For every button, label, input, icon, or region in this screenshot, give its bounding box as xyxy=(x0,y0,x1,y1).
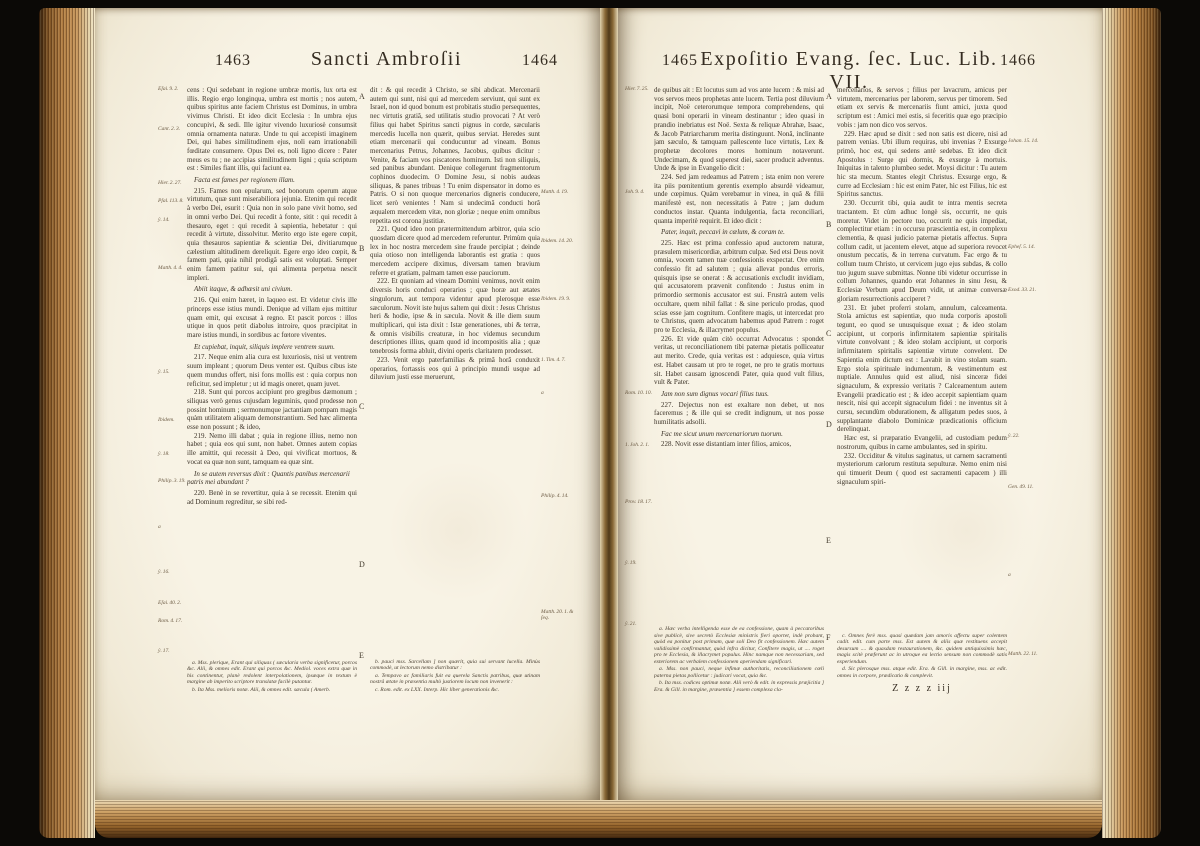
paragraph: 226. Et vide quàm citò occurrat Advocatu… xyxy=(654,335,824,387)
bottom-page-edges xyxy=(95,800,1102,838)
margin-reference: Ibidem. 14. 20. xyxy=(541,238,577,244)
scripture-lemma: Jam non sum dignus vocari filius tuus. xyxy=(654,390,824,399)
column-letter: C xyxy=(826,329,831,338)
left-page-inner-margin-notes: Matth. 4. 19.Ibidem. 14. 20.Ibidem. 19. … xyxy=(540,86,578,694)
paragraph: 218. Sunt qui porcos accipiunt pro gregi… xyxy=(187,388,357,432)
open-book: 1463 Sancti Ambroſii 1464 Eſai. 9. 2.Can… xyxy=(39,8,1161,838)
margin-reference: 1. Tim. 4. 7. xyxy=(541,357,577,363)
margin-reference: Eſai. 40. 2. xyxy=(158,600,186,606)
page-number-1465: 1465 xyxy=(662,52,698,70)
page-number-1466: 1466 xyxy=(1000,52,1036,70)
column-letter: C xyxy=(359,402,364,411)
left-page-column-1: cens : Qui sedebant in regione umbræ mor… xyxy=(187,86,357,694)
footnotes-block: c. Omnes ferè mss. quasi quædam jam amor… xyxy=(837,627,1007,680)
column-text: cens : Qui sedebant in regione umbræ mor… xyxy=(187,86,357,506)
scripture-lemma: Et cupiebat, inquit, siliquis implere ve… xyxy=(187,343,357,352)
margin-reference: Ibidem. 19. 9. xyxy=(541,296,577,302)
margin-reference: Matth. 22. 11. xyxy=(1008,651,1044,657)
left-page-edges xyxy=(39,8,95,838)
column-text: de quibus ait : Et locutus sum ad vos an… xyxy=(654,86,824,449)
paragraph: 221. Quod ideo non prætermittendum arbit… xyxy=(370,225,540,277)
paragraph: 216. Qui enim hæret, in laqueo est. Et v… xyxy=(187,296,357,340)
left-page-gutter-letters: ABCDE xyxy=(357,86,370,694)
margin-reference: Eſai. 9. 2. xyxy=(158,86,186,92)
margin-reference: ŷ. 22. xyxy=(1008,433,1044,439)
margin-reference: ŷ. 18. xyxy=(158,451,186,457)
paragraph: de quibus ait : Et locutus sum ad vos an… xyxy=(654,86,824,173)
margin-reference: ŷ. 14. xyxy=(158,217,186,223)
left-page-outer-margin-notes: Eſai. 9. 2.Cant. 2. 3.Hier. 2. 27.Pſal. … xyxy=(157,86,187,694)
footnotes-block: a. Hæc verba intelligenda esse de ea con… xyxy=(654,620,824,694)
running-head-left: 1463 Sancti Ambroſii 1464 xyxy=(95,48,600,78)
right-page-outer-margin-notes: Johan. 15. 14.Epheſ. 5. 14.Exod. 33. 21.… xyxy=(1007,86,1045,694)
footnotes-block: a. Mss. plerique, Erant qui siliquas ( s… xyxy=(187,654,357,694)
right-page-column-1: de quibus ait : Et locutus sum ad vos an… xyxy=(654,86,824,694)
margin-reference: Philip. 4. 14. xyxy=(541,493,577,499)
margin-reference: Rom. 10. 10. xyxy=(625,390,653,396)
paragraph: 232. Occiditur & vitulus saginatus, ut c… xyxy=(837,452,1007,487)
paragraph: 220. Benè in se revertitur, quia à se re… xyxy=(187,489,357,506)
column-text: dit : & qui recedit à Christo, se sibi a… xyxy=(370,86,540,382)
gathering-signature: Z z z z iij xyxy=(837,683,1007,694)
paragraph: dit : & qui recedit à Christo, se sibi a… xyxy=(370,86,540,225)
right-page-column-2: mercenarios, & servos ; filius per lavac… xyxy=(837,86,1007,694)
margin-reference: ŷ. 16. xyxy=(158,569,186,575)
margin-reference: Hier. 2. 27. xyxy=(158,180,186,186)
footnote: a. Mss. non pauci, neque infimæ authorit… xyxy=(654,666,824,679)
column-letter: E xyxy=(826,536,831,545)
margin-reference: a xyxy=(1008,572,1044,578)
margin-reference: Epheſ. 5. 14. xyxy=(1008,244,1044,250)
paragraph: 219. Nemo illi dabat ; quia in regione i… xyxy=(187,432,357,467)
margin-reference: Johan. 15. 14. xyxy=(1008,138,1044,144)
margin-reference: a xyxy=(158,524,186,530)
margin-reference: a xyxy=(541,390,577,396)
paragraph: 222. Et quoniam ad vineam Domini venimus… xyxy=(370,277,540,355)
footnote: b. pauci mss. Sarcellam ] non quærit, qu… xyxy=(370,659,540,672)
paragraph: 231. Et jubet proferri stolam, annulum, … xyxy=(837,304,1007,435)
margin-reference: Exod. 33. 21. xyxy=(1008,287,1044,293)
footnotes-block: b. pauci mss. Sarcellam ] non quærit, qu… xyxy=(370,653,540,694)
column-text: mercenarios, & servos ; filius per lavac… xyxy=(837,86,1007,486)
paragraph: 217. Neque enim alia cura est luxuriosis… xyxy=(187,353,357,388)
margin-reference: Ibidem. xyxy=(158,417,186,423)
margin-reference: ŷ. 19. xyxy=(625,560,653,566)
right-page-inner-margin-notes: Hier. 7. 25.Joh. 9. 4.Rom. 10. 10.1. Joh… xyxy=(624,86,654,694)
margin-reference: Pſal. 113. 8. xyxy=(158,198,186,204)
column-letter: A xyxy=(359,92,365,101)
left-page: 1463 Sancti Ambroſii 1464 Eſai. 9. 2.Can… xyxy=(95,8,600,800)
running-title-left: Sancti Ambroſii xyxy=(251,48,522,71)
scripture-lemma: In se autem reversus dixit : Quantis pan… xyxy=(187,470,357,487)
margin-reference: Hier. 7. 25. xyxy=(625,86,653,92)
paragraph: 229. Hæc apud se dixit : sed non satis e… xyxy=(837,130,1007,200)
left-page-column-2: dit : & qui recedit à Christo, se sibi a… xyxy=(370,86,540,694)
book-gutter xyxy=(600,8,618,800)
running-head-right: 1465 Expoſitio Evang. ſec. Luc. Lib. VII… xyxy=(618,48,1102,78)
left-page-text-area: Eſai. 9. 2.Cant. 2. 3.Hier. 2. 27.Pſal. … xyxy=(95,86,600,694)
footnote: a. Hæc verba intelligenda esse de ea con… xyxy=(654,626,824,665)
margin-reference: Matth. 4. 19. xyxy=(541,189,577,195)
footnote: b. Ita mss. codices optimæ notæ. Alii ve… xyxy=(654,680,824,693)
margin-reference: Cant. 2. 3. xyxy=(158,126,186,132)
paragraph: 224. Sed jam redeamus ad Patrem ; ista e… xyxy=(654,173,824,225)
column-letter: D xyxy=(826,420,832,429)
column-letter: E xyxy=(359,651,364,660)
margin-reference: Rom. 4. 17. xyxy=(158,618,186,624)
right-page-gutter-letters: ABCDEF xyxy=(824,86,837,694)
paragraph: mercenarios, & servos ; filius per lavac… xyxy=(837,86,1007,130)
margin-reference: ŷ. 17. xyxy=(158,648,186,654)
margin-reference: Matth. 4. 4. xyxy=(158,265,186,271)
margin-reference: Gen. 49. 11. xyxy=(1008,484,1044,490)
paragraph: 215. Fames non epularum, sed bonorum ope… xyxy=(187,187,357,283)
footnote: d. Sic plerosque mss. atque edit. Era. &… xyxy=(837,666,1007,679)
column-letter: D xyxy=(359,560,365,569)
right-page-text-area: Hier. 7. 25.Joh. 9. 4.Rom. 10. 10.1. Joh… xyxy=(618,86,1102,694)
margin-reference: Philip. 3. 19. xyxy=(158,478,186,484)
footnote: c. Rom. edit. ex LXX. Interp. Hic liber … xyxy=(370,687,540,693)
right-page-edges xyxy=(1102,8,1161,838)
paragraph: 230. Occurrit tibi, quia audit te intra … xyxy=(837,199,1007,303)
margin-reference: 1. Joh. 2. 1. xyxy=(625,442,653,448)
paragraph: 227. Dejectus non est exaltare non debet… xyxy=(654,401,824,427)
paragraph: 228. Novit esse distantiam inter filios,… xyxy=(654,440,824,449)
page-number-1464: 1464 xyxy=(522,52,558,70)
column-letter: B xyxy=(359,244,364,253)
column-letter: B xyxy=(826,220,831,229)
paragraph: Hæc est, si præparatio Evangelii, ad cus… xyxy=(837,434,1007,451)
margin-reference: Joh. 9. 4. xyxy=(625,189,653,195)
paragraph: 223. Venit ergo paterfamilias & primâ ho… xyxy=(370,356,540,382)
right-page: 1465 Expoſitio Evang. ſec. Luc. Lib. VII… xyxy=(618,8,1102,800)
scripture-lemma: Pater, inquit, peccavi in cælum, & coram… xyxy=(654,228,824,237)
scripture-lemma: Facta est fames per regionem illam. xyxy=(187,176,357,185)
margin-reference: Prov. 18. 17. xyxy=(625,499,653,505)
margin-reference: ŷ. 21. xyxy=(625,621,653,627)
footnote: a. Tempavo ac familiaris fuit ea querela… xyxy=(370,673,540,686)
footnote: b. Ita Mss. melioris notæ. Alii, & omnes… xyxy=(187,687,357,693)
footnote: a. Mss. plerique, Erant qui siliquas ( s… xyxy=(187,660,357,686)
paragraph: 225. Hæc est prima confessio apud auctor… xyxy=(654,239,824,335)
scripture-lemma: Abiit itaque, & adhæsit uni civium. xyxy=(187,285,357,294)
margin-reference: ŷ. 15. xyxy=(158,369,186,375)
margin-reference: Matth. 20. 1. & ſeq. xyxy=(541,609,577,621)
column-letter: F xyxy=(826,633,830,642)
column-letter: A xyxy=(826,92,832,101)
page-number-1463: 1463 xyxy=(215,52,251,70)
footnote: c. Omnes ferè mss. quasi quædam jam amor… xyxy=(837,633,1007,665)
paragraph: cens : Qui sedebant in regione umbræ mor… xyxy=(187,86,357,173)
scripture-lemma: Fac me sicut unum mercenariorum tuorum. xyxy=(654,430,824,439)
